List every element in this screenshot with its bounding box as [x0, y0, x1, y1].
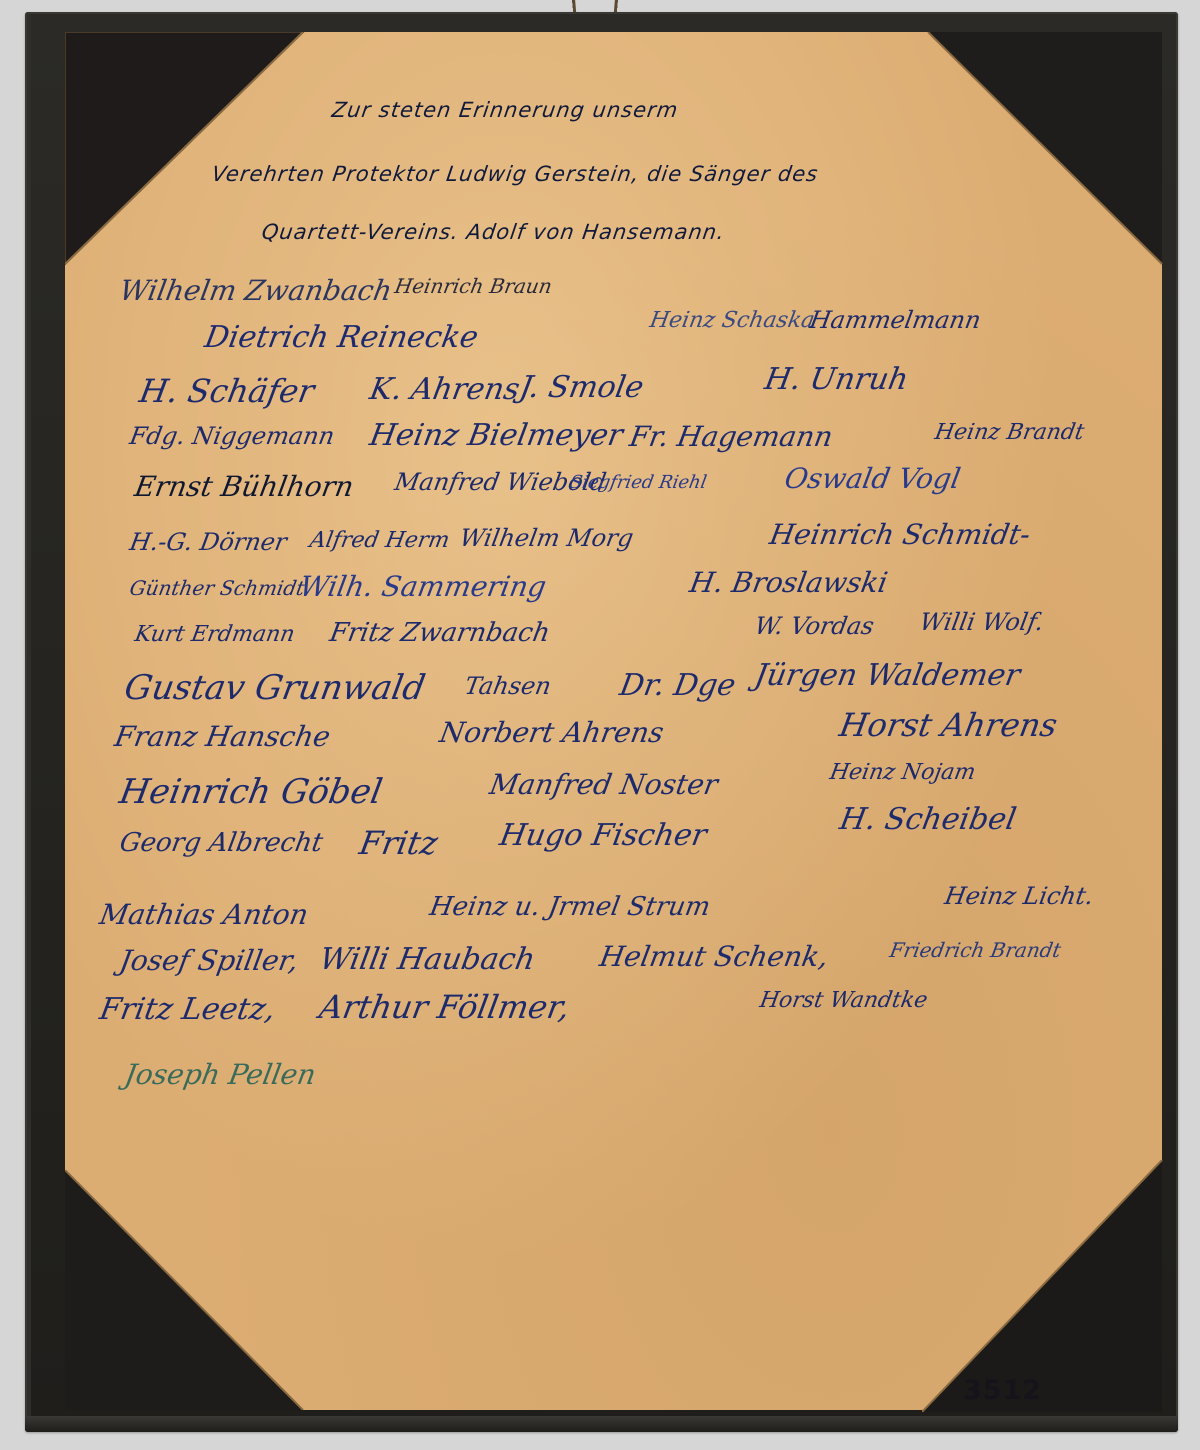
signature: Jürgen Waldemer	[752, 658, 1023, 693]
signature: Norbert Ahrens	[437, 716, 666, 749]
frame-bottom-edge	[25, 1416, 1178, 1432]
signature: Fritz Zwarnbach	[327, 618, 552, 648]
signature: Manfred Noster	[487, 768, 720, 801]
signature: Alfred Herm	[308, 528, 452, 553]
signature: Horst Ahrens	[837, 706, 1061, 744]
signature: Günther Schmidt	[128, 576, 307, 600]
signature: Arthur Föllmer,	[317, 988, 573, 1026]
dedication-line-1: Zur steten Erinnerung unserm	[330, 98, 680, 122]
signature: W. Vordas	[753, 612, 877, 640]
signature: H. Unruh	[762, 362, 911, 397]
corner-mount-bottom-right	[922, 1160, 1164, 1412]
signature: Heinz Brandt	[933, 420, 1086, 445]
signature: Friedrich Brandt	[888, 938, 1063, 962]
signature: Heinrich Schmidt-	[767, 518, 1033, 551]
signature: Dr. Dge	[617, 668, 738, 703]
signature: Oswald Vogl	[782, 462, 963, 495]
signature: Dietrich Reinecke	[202, 320, 481, 355]
signature: Willi Haubach	[317, 942, 538, 977]
signature: Hugo Fischer	[497, 818, 709, 853]
signature: J. Smole	[517, 370, 646, 405]
signature: Franz Hansche	[112, 720, 333, 753]
corner-mount-top-right	[925, 32, 1165, 272]
signature: H.-G. Dörner	[128, 528, 289, 556]
signature: Wilh. Sammering	[297, 570, 549, 603]
signature: Wilhelm Zwanbach	[117, 274, 395, 307]
signature: Mathias Anton	[97, 898, 311, 931]
signature: Hammelmann	[808, 306, 984, 334]
corner-mount-bottom-left	[65, 1170, 305, 1410]
signature: Fdg. Niggemann	[128, 422, 337, 450]
signature: K. Ahrens	[367, 372, 522, 407]
signature: Heinz Schaska	[648, 308, 817, 333]
signature: Joseph Pellen	[122, 1058, 318, 1091]
signature: Kurt Erdmann	[133, 622, 297, 647]
signature: H. Broslawski	[687, 566, 890, 599]
signature: Heinz Bielmeyer	[367, 418, 626, 453]
signature: Wilhelm Morg	[458, 524, 636, 552]
signature: Horst Wandtke	[758, 988, 930, 1013]
signature: Siegfried Riehl	[568, 472, 708, 493]
signature: Tahsen	[463, 672, 554, 700]
signature: Helmut Schenk,	[597, 940, 831, 973]
signature: Heinz Nojam	[828, 760, 978, 785]
signature: Fr. Hagemann	[627, 420, 835, 453]
signature: Ernst Bühlhorn	[132, 470, 356, 503]
signature: Georg Albrecht	[117, 828, 325, 858]
dedication-line-3: Quartett-Vereins. Adolf von Hansemann.	[260, 220, 726, 244]
inventory-number: 3512	[963, 1375, 1042, 1406]
dedication-line-2: Verehrten Protektor Ludwig Gerstein, die…	[210, 162, 820, 186]
signature: Heinrich Göbel	[116, 772, 385, 812]
signature: Fritz Leetz,	[97, 992, 278, 1027]
signature: Josef Spiller,	[117, 944, 301, 977]
signature: H. Scheibel	[837, 802, 1019, 837]
signature: Heinz Licht.	[943, 882, 1096, 910]
signature: Heinz u. Jrmel Strum	[427, 892, 712, 922]
signature: Fritz	[357, 824, 441, 862]
signature: Gustav Grunwald	[121, 668, 428, 708]
signature: H. Schäfer	[137, 372, 318, 410]
signature: Willi Wolf.	[918, 608, 1046, 636]
signature: Heinrich Braun	[393, 274, 554, 298]
